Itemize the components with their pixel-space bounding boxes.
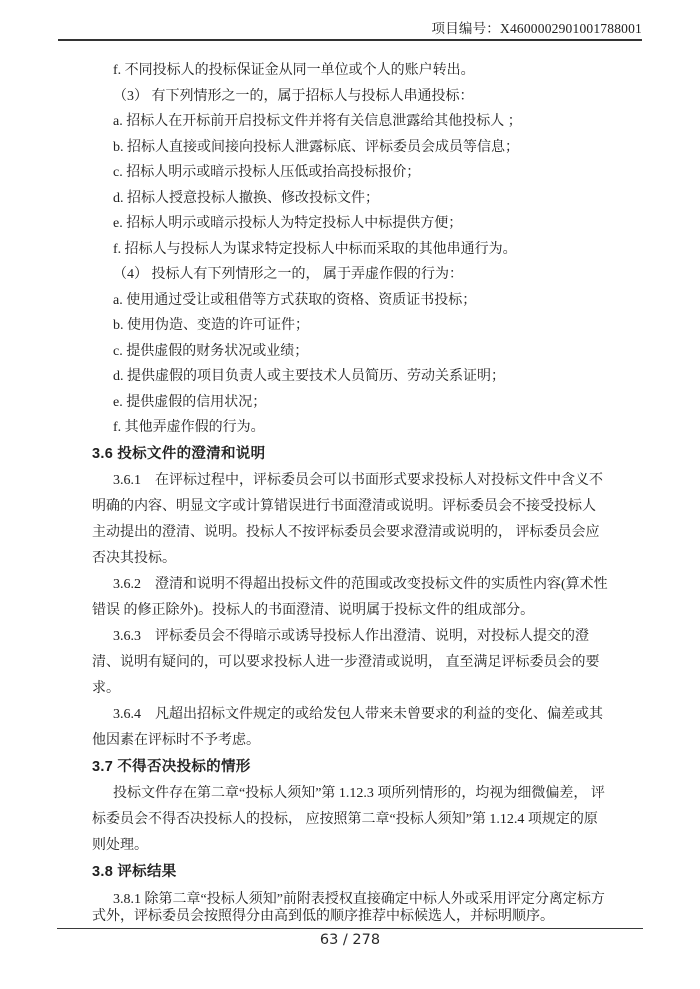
paragraph: e. 提供虚假的信用状况； [92,390,608,416]
project-number-label: 项目编号： [432,21,501,36]
page-number-indicator: 63 / 278 [57,929,643,948]
paragraph: f. 其他弄虚作假的行为。 [92,415,608,441]
paragraph: f. 招标人与投标人为谋求特定投标人中标而采取的其他串通行为。 [92,237,608,263]
document-body: f. 不同投标人的投标保证金从同一单位或个人的账户转出。（3） 有下列情形之一的… [92,58,608,926]
paragraph: c. 提供虚假的财务状况或业绩； [92,339,608,365]
paragraph: d. 招标人授意投标人撤换、修改投标文件； [92,186,608,212]
section-heading: 3.6 投标文件的澄清和说明 [92,441,608,468]
document-page: 项目编号：X4600002901001788001 f. 不同投标人的投标保证金… [0,0,700,989]
page-header: 项目编号：X4600002901001788001 [58,0,642,41]
section-heading: 3.8 评标结果 [92,859,608,886]
paragraph: b. 招标人直接或间接向投标人泄露标底、评标委员会成员等信息； [92,135,608,161]
paragraph: 3.6.2 澄清和说明不得超出投标文件的范围或改变投标文件的实质性内容(算术性错… [92,572,608,624]
paragraph: 3.6.1 在评标过程中，评标委员会可以书面形式要求投标人对投标文件中含义不明确… [92,468,608,572]
paragraph: （3） 有下列情形之一的，属于招标人与投标人串通投标： [92,84,608,110]
project-number-value: X4600002901001788001 [500,21,642,36]
paragraph: 3.8.1 除第二章“投标人须知”前附表授权直接确定中标人外或采用评定分离定标方… [92,891,608,926]
paragraph: （4） 投标人有下列情形之一的， 属于弄虚作假的行为： [92,262,608,288]
paragraph: 投标文件存在第二章“投标人须知”第 1.12.3 项所列情形的，均视为细微偏差，… [92,781,608,859]
paragraph: d. 提供虚假的项目负责人或主要技术人员简历、劳动关系证明； [92,364,608,390]
paragraph: 3.6.3 评标委员会不得暗示或诱导投标人作出澄清、说明，对投标人提交的澄清、说… [92,624,608,702]
section-heading: 3.7 不得否决投标的情形 [92,754,608,781]
paragraph: f. 不同投标人的投标保证金从同一单位或个人的账户转出。 [92,58,608,84]
paragraph: a. 使用通过受让或租借等方式获取的资格、资质证书投标； [92,288,608,314]
paragraph: a. 招标人在开标前开启投标文件并将有关信息泄露给其他投标人 ； [92,109,608,135]
paragraph: c. 招标人明示或暗示投标人压低或抬高投标报价； [92,160,608,186]
paragraph: b. 使用伪造、变造的许可证件； [92,313,608,339]
page-footer: 63 / 278 [57,928,643,948]
paragraph: e. 招标人明示或暗示投标人为特定投标人中标提供方便； [92,211,608,237]
paragraph: 3.6.4 凡超出招标文件规定的或给发包人带来未曾要求的利益的变化、偏差或其他因… [92,702,608,754]
